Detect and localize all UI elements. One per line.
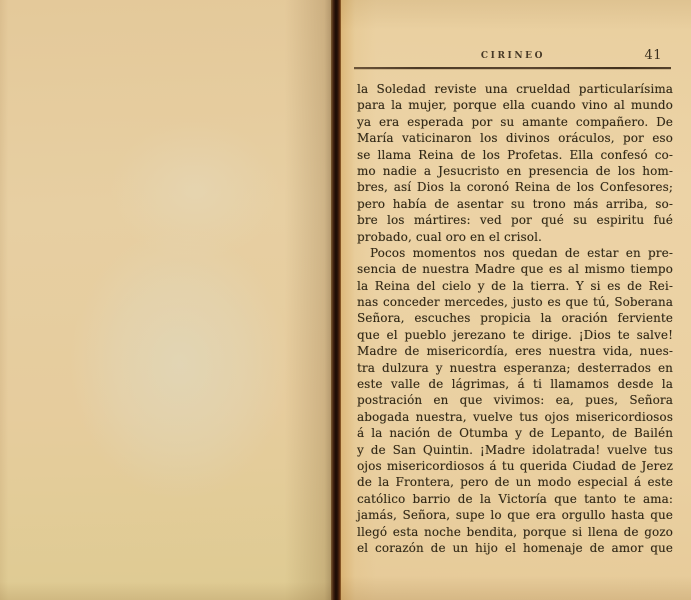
text-line: probado, cual oro en el crisol. (357, 229, 673, 245)
text-line: María vaticinaron los divinos oráculos, … (357, 130, 673, 146)
text-line: tra dulzura y nuestra esperanza; desterr… (357, 360, 673, 376)
running-header: CIRINEO 41 (357, 48, 669, 66)
text-line: Pocos momentos nos quedan de estar en pr… (357, 245, 673, 261)
text-line: se llama Reina de los Profetas. Ella con… (357, 147, 673, 163)
running-title: CIRINEO (357, 51, 669, 61)
text-line: para la mujer, porque ella cuando vino a… (357, 97, 673, 113)
text-line: abogada nuestra, vuelve tus ojos miseric… (357, 409, 673, 425)
paragraph-1: la Soledad reviste una crueldad particul… (357, 81, 673, 245)
right-page: CIRINEO 41 la Soledad reviste una crueld… (341, 0, 691, 600)
text-line: ya era esperada por su amante compañero.… (357, 114, 673, 130)
page-number: 41 (644, 48, 662, 63)
book-scan: CIRINEO 41 la Soledad reviste una crueld… (0, 0, 691, 600)
text-line: la Soledad reviste una crueldad particul… (357, 81, 673, 97)
text-line: y de San Quintin. ¡Madre idolatrada! vue… (357, 442, 673, 458)
text-line: jamás, Señora, supe lo que era orgullo h… (357, 507, 673, 523)
text-line: Señora, escuches propicia la oración fer… (357, 310, 673, 326)
text-line: que el pueblo jerezano te dirige. ¡Dios … (357, 327, 673, 343)
text-line: la Reina del cielo y de la tierra. Y si … (357, 278, 673, 294)
text-line: Madre de misericordía, eres nuestra vida… (357, 343, 673, 359)
text-line: sencia de nuestra Madre que es al mismo … (357, 261, 673, 277)
text-line: á la nación de Otumba y de Lepanto, de B… (357, 425, 673, 441)
text-line: mo nadie a Jesucristo en presencia de lo… (357, 163, 673, 179)
left-page-blank (0, 0, 331, 600)
paragraph-2: Pocos momentos nos quedan de estar en pr… (357, 245, 673, 556)
text-line: este valle de lágrimas, á ti llamamos de… (357, 376, 673, 392)
header-rule (354, 67, 671, 69)
text-line: ojos misericordiosos á tu querida Ciudad… (357, 458, 673, 474)
text-line: el corazón de un hijo el homenaje de amo… (357, 540, 673, 556)
text-line: bres, así Dios la coronó Reina de los Co… (357, 179, 673, 195)
text-line: pero había de asentar su trono más arrib… (357, 196, 673, 212)
book-spine-gutter (331, 0, 341, 600)
text-line: de la Frontera, pero de un modo especial… (357, 474, 673, 490)
text-line: llegó esta noche bendita, porque si llen… (357, 524, 673, 540)
text-line: católico barrio de la Victoría que tanto… (357, 491, 673, 507)
text-line: bre los mártires: ved por qué su espirit… (357, 212, 673, 228)
page-text: la Soledad reviste una crueldad particul… (357, 81, 673, 556)
text-line: postración en que vivimos: ea, pues, Señ… (357, 392, 673, 408)
text-line: nas conceder mercedes, justo es que tú, … (357, 294, 673, 310)
page-showthrough (70, 230, 290, 500)
